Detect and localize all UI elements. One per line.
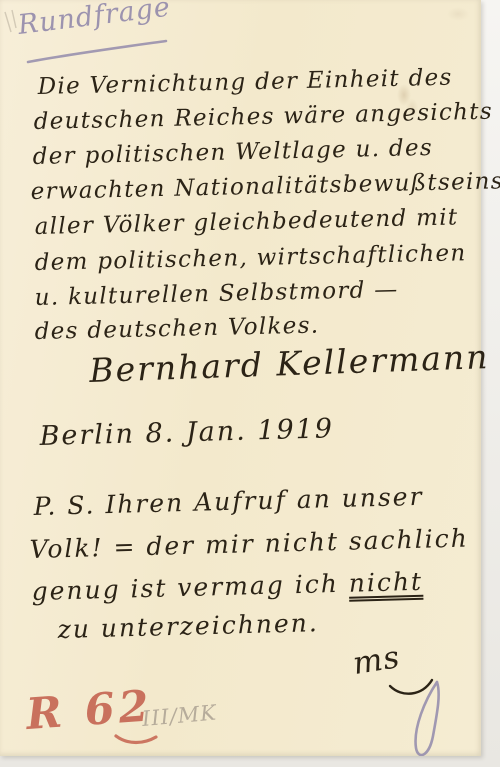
postscript-line: zu unterzeichnen. bbox=[57, 608, 319, 644]
corner-pencil-mark bbox=[5, 10, 16, 32]
letter-line: dem politischen, wirtschaftlichen bbox=[34, 240, 466, 276]
purple-pencil-flourish bbox=[416, 682, 439, 755]
letter-line: aller Völker gleichbedeutend mit bbox=[34, 204, 458, 240]
postscript-line-text: genug ist vermag ich bbox=[31, 569, 349, 606]
initials-swash bbox=[390, 680, 432, 694]
pencil-annotation-underline bbox=[28, 41, 166, 62]
postscript-emphasized-word: nicht bbox=[348, 567, 423, 598]
archive-pencil-code: III/MK bbox=[141, 701, 218, 731]
letter-paper: Rundfrage Die Vernichtung der Einheit de… bbox=[0, 0, 481, 756]
letter-line: des deutschen Volkes. bbox=[34, 313, 319, 345]
letter-line: der politischen Weltlage u. des bbox=[32, 135, 433, 170]
postscript-line: P. S. Ihren Aufruf an unser bbox=[33, 482, 424, 521]
pencil-annotation: Rundfrage bbox=[16, 0, 172, 41]
letter-line: Die Vernichtung der Einheit des bbox=[37, 65, 452, 100]
red-number-tail bbox=[116, 736, 156, 743]
initials-paraph: ms bbox=[350, 639, 402, 682]
postscript-line: genug ist vermag ich nicht bbox=[31, 567, 423, 606]
archive-red-number: R 62 bbox=[25, 681, 155, 740]
dateline: Berlin 8. Jan. 1919 bbox=[39, 413, 334, 452]
postscript-line: Volk! = der mir nicht sachlich bbox=[29, 524, 469, 564]
letter-line: erwachten Nationalitätsbewußtseins bbox=[30, 168, 500, 205]
letter-line: u. kulturellen Selbstmord — bbox=[34, 277, 398, 311]
letter-line: deutschen Reiches wäre angesichts bbox=[33, 99, 493, 135]
signature: Bernhard Kellermann bbox=[89, 337, 490, 390]
scan-background: Rundfrage Die Vernichtung der Einheit de… bbox=[0, 0, 500, 767]
